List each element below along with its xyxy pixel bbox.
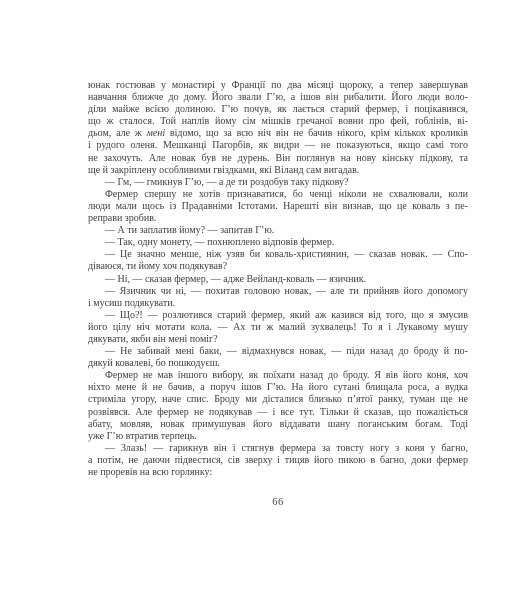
text-line: — Гм, — гмикнув Г’ю, — а де ти роздобув … bbox=[88, 177, 468, 189]
text-line: абату, мовляв, новак примушував його від… bbox=[88, 419, 468, 431]
text-line: діли майже всією долиною. Г’ю почув, як … bbox=[88, 104, 468, 116]
text-line: розвіявся. Але фермер не подякував — і в… bbox=[88, 407, 468, 419]
text-line: що ж сталося. Той наплів йому сім мішків… bbox=[88, 116, 468, 128]
text-line: — Ні, — сказав фермер, — адже Вейланд-ко… bbox=[88, 274, 468, 286]
text-line: уже Г’ю втратив терпець. bbox=[88, 431, 468, 443]
page-number: 66 bbox=[88, 497, 468, 509]
text-line: і рудого оленя. Мешканці Пагорбів, як ви… bbox=[88, 140, 468, 152]
text-line: — Злазь! — гарикнув він і стягнув фермер… bbox=[88, 443, 468, 455]
text-line: а потім, не даючи підвестися, сів зверху… bbox=[88, 455, 468, 467]
text-line: ніхто мене й не бачив, а поруч ішов Г’ю.… bbox=[88, 382, 468, 394]
text-line: діваюся, ти йому хоч подякував? bbox=[88, 261, 468, 273]
page-text: юнак гостював у монастирі у Франції по д… bbox=[88, 80, 468, 509]
text-line: — Це значно менше, ніж узяв би коваль-хр… bbox=[88, 249, 468, 261]
text-line: Фермер не мав іншого вибору, як поїхати … bbox=[88, 370, 468, 382]
text-line: дьом, але ж мені відомо, що за всю ніч в… bbox=[88, 128, 468, 140]
text-line: дякуй ковалеві, бо пошкодуєш. bbox=[88, 358, 468, 370]
text-line: дякувати, якби він мені поміг? bbox=[88, 334, 468, 346]
text-line: навчання ближче до дому. Його звали Г’ю,… bbox=[88, 92, 468, 104]
text-line: стриміла угору, наче спис. Броду ми діст… bbox=[88, 394, 468, 406]
text-line: — Не забивай мені баки, — відмахнувся но… bbox=[88, 346, 468, 358]
text-line: — Язичник чи ні, — похитав головою новак… bbox=[88, 286, 468, 298]
book-page: юнак гостював у монастирі у Франції по д… bbox=[0, 0, 525, 600]
text-line: — Так, одну монету, — похнюплено відпові… bbox=[88, 237, 468, 249]
text-line: Фермер спершу не хотів признаватися, бо … bbox=[88, 189, 468, 201]
text-line: — А ти заплатив йому? — запитав Г’ю. bbox=[88, 225, 468, 237]
text-line: його цілу ніч мотати кола. — Ах ти ж мал… bbox=[88, 322, 468, 334]
text-line: люди мали щось із Прадавніми Істотами. Н… bbox=[88, 201, 468, 213]
text-line: реправи зробив. bbox=[88, 213, 468, 225]
text-line: — Що?! — розлютився старий фермер, який … bbox=[88, 310, 468, 322]
text-line: не проревів на всю горлянку: bbox=[88, 467, 468, 479]
text-line: ще й закріплену особливими гвіздками, як… bbox=[88, 165, 468, 177]
text-line: юнак гостював у монастирі у Франції по д… bbox=[88, 80, 468, 92]
text-line: і мусиш подякувати. bbox=[88, 298, 468, 310]
text-line: не захочуть. Але новак був не дурень. Ві… bbox=[88, 153, 468, 165]
